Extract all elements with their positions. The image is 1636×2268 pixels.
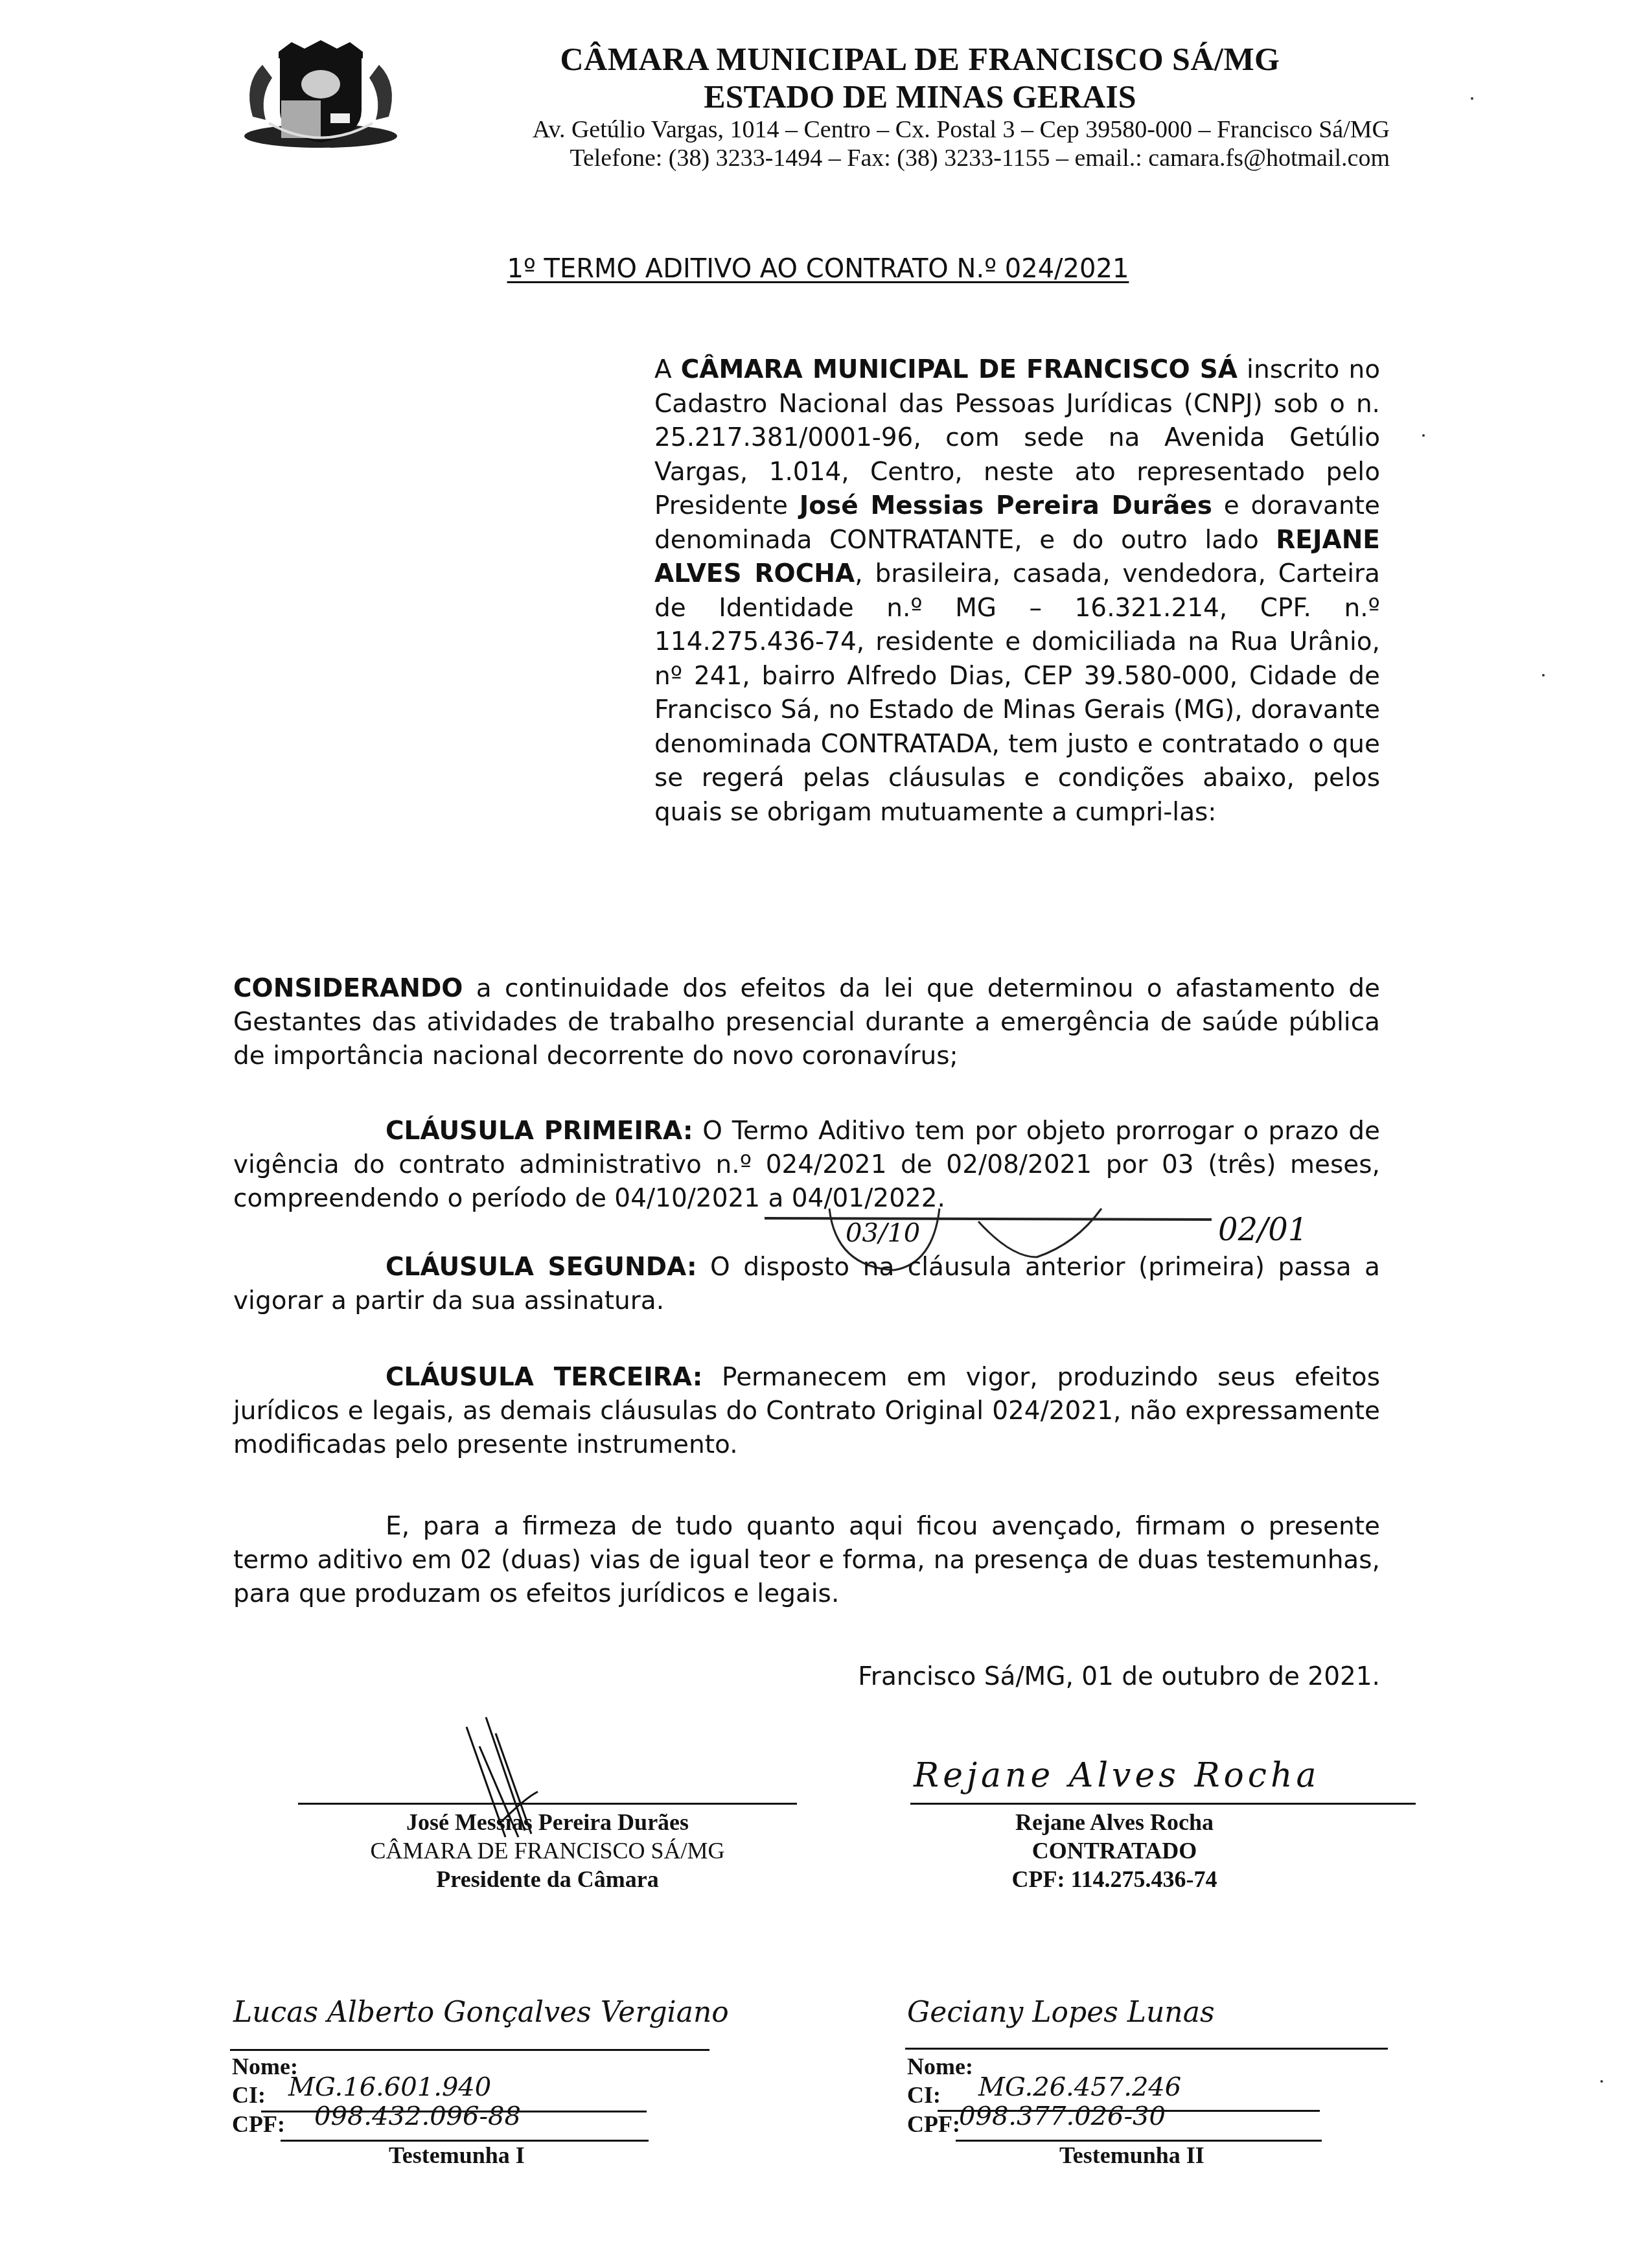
contratante-block: José Messias Pereira Durães CÂMARA DE FR… (298, 1808, 797, 1893)
witness2-ci-label: CI: (907, 2081, 941, 2109)
clause-label: CLÁUSULA TERCEIRA: (386, 1363, 702, 1392)
contratado-cpf: CPF: 114.275.436-74 (910, 1865, 1319, 1893)
intro-bold-institution: CÂMARA MUNICIPAL DE FRANCISCO SÁ (681, 355, 1238, 384)
letterhead-contact: Telefone: (38) 3233-1494 – Fax: (38) 323… (428, 144, 1390, 172)
clause-segunda: CLÁUSULA SEGUNDA: O disposto na cláusula… (233, 1251, 1380, 1318)
letterhead-institution: CÂMARA MUNICIPAL DE FRANCISCO SÁ/MG (415, 40, 1425, 78)
scan-speck (1542, 674, 1545, 677)
witness2-ci-value: MG.26.457.246 (978, 2072, 1181, 2102)
witness1-cpf-value: 098.432.096-88 (314, 2101, 521, 2131)
contratado-signature: Rejane Alves Rocha (914, 1756, 1320, 1795)
contratante-role: Presidente da Câmara (298, 1865, 797, 1893)
considerando-paragraph: CONSIDERANDO a continuidade dos efeitos … (233, 972, 1380, 1073)
intro-text: A (654, 355, 681, 384)
contratado-name: Rejane Alves Rocha (910, 1808, 1319, 1836)
witness1-ci-value: MG.16.601.940 (288, 2072, 491, 2102)
intro-text: , brasileira, casada, vendedora, Carteir… (654, 559, 1380, 827)
coat-of-arms-icon (240, 39, 402, 149)
witness2-cpf-value: 098.377.026-30 (959, 2101, 1166, 2131)
contratado-role: CONTRATADO (910, 1836, 1319, 1865)
scan-speck (1600, 2080, 1603, 2083)
letterhead-address: Av. Getúlio Vargas, 1014 – Centro – Cx. … (428, 115, 1390, 144)
scan-speck (1422, 434, 1425, 437)
letterhead-state: ESTADO DE MINAS GERAIS (415, 78, 1425, 115)
contratado-signature-line (910, 1803, 1416, 1805)
contratante-org: CÂMARA DE FRANCISCO SÁ/MG (298, 1836, 797, 1865)
document-title-text: 1º TERMO ADITIVO AO CONTRATO N.º 024/202… (507, 254, 1129, 284)
witness2-name-label: Nome: (907, 2053, 973, 2080)
witness1-title: Testemunha I (389, 2142, 525, 2169)
contratado-block: Rejane Alves Rocha CONTRATADO CPF: 114.2… (910, 1808, 1319, 1893)
clause-primeira: CLÁUSULA PRIMEIRA: O Termo Aditivo tem p… (233, 1115, 1380, 1216)
witness1-signature-line (230, 2049, 709, 2051)
contratante-name: José Messias Pereira Durães (298, 1808, 797, 1836)
clause-terceira: CLÁUSULA TERCEIRA: Permanecem em vigor, … (233, 1361, 1380, 1462)
witness1-ci-label: CI: (232, 2081, 266, 2109)
witness2-signature: Geciany Lopes Lunas (907, 1996, 1215, 2029)
closing-paragraph: E, para a firmeza de tudo quanto aqui fi… (233, 1510, 1380, 1611)
witness2-signature-line (905, 2048, 1388, 2050)
closing-text: E, para a firmeza de tudo quanto aqui fi… (233, 1512, 1380, 1608)
witness1-signature: Lucas Alberto Gonçalves Vergiano (233, 1996, 729, 2029)
witness1-cpf-label: CPF: (232, 2111, 285, 2138)
place-and-date: Francisco Sá/MG, 01 de outubro de 2021. (858, 1662, 1380, 1691)
considerando-label: CONSIDERANDO (233, 974, 463, 1003)
contratante-signature-line (298, 1803, 797, 1805)
intro-bold-president: José Messias Pereira Durães (800, 491, 1212, 520)
document-title: 1º TERMO ADITIVO AO CONTRATO N.º 024/202… (0, 254, 1636, 284)
witness2-title: Testemunha II (1059, 2142, 1204, 2169)
handwritten-start-date: 03/10 (846, 1218, 920, 1248)
clause-label: CLÁUSULA PRIMEIRA: (386, 1117, 693, 1146)
witness2-cpf-label: CPF: (907, 2111, 960, 2138)
handwritten-end-date: 02/01 (1218, 1212, 1308, 1248)
scan-speck (1471, 97, 1473, 100)
clause-label: CLÁUSULA SEGUNDA: (386, 1253, 697, 1282)
intro-paragraph: A CÂMARA MUNICIPAL DE FRANCISCO SÁ inscr… (654, 353, 1380, 829)
